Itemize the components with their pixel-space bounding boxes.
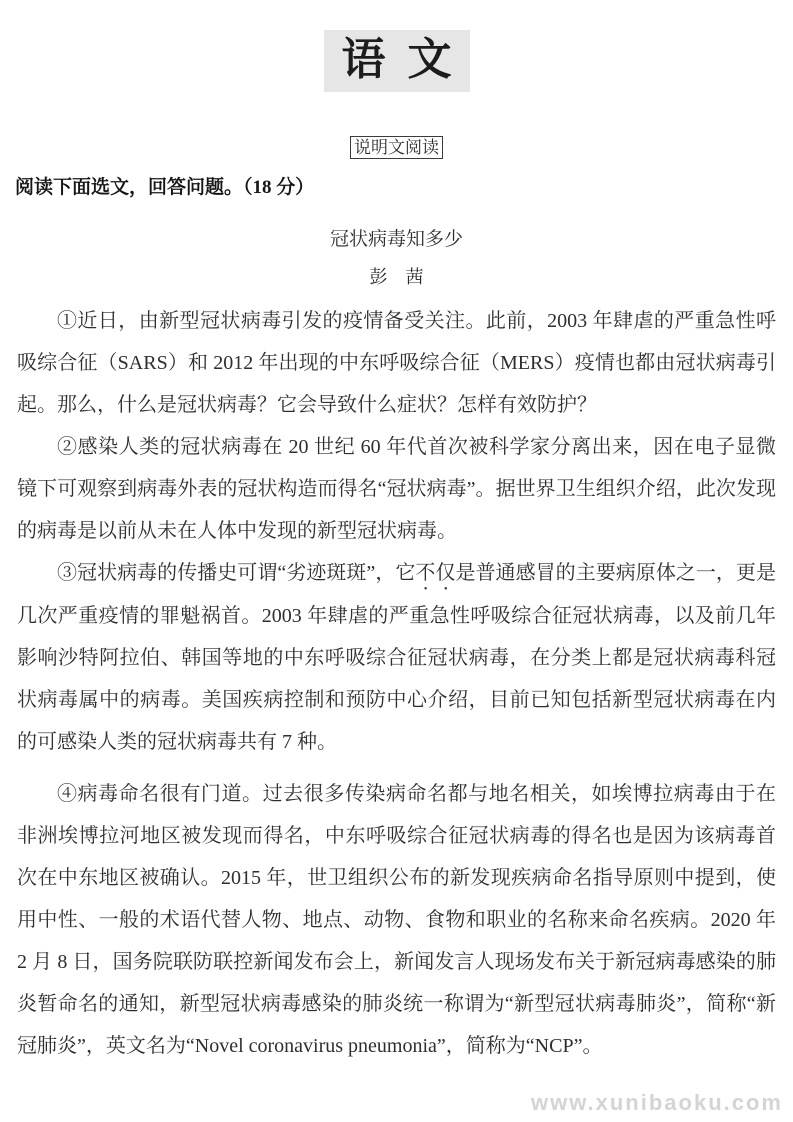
article-body: ①近日，由新型冠状病毒引发的疫情备受关注。此前，2003 年肆虐的严重急性呼吸综… — [0, 300, 793, 1067]
paragraph-3: ③冠状病毒的传播史可谓“劣迹斑斑”，它不仅是普通感冒的主要病原体之一，更是几次严… — [17, 552, 776, 763]
paragraph-3-text-rest: 是普通感冒的主要病原体之一，更是几次严重疫情的罪魁祸首。2003 年肆虐的严重急… — [17, 562, 776, 753]
instruction-line: 阅读下面选文，回答问题。（18 分） — [0, 175, 793, 201]
paragraph-2: ②感染人类的冠状病毒在 20 世纪 60 年代首次被科学家分离出来，因在电子显微… — [17, 426, 776, 552]
section-label-wrap: 说明文阅读 — [0, 136, 793, 159]
section-label: 说明文阅读 — [350, 136, 443, 159]
exam-page: 语 文 说明文阅读 阅读下面选文，回答问题。（18 分） 冠状病毒知多少 彭 茜… — [0, 0, 793, 1122]
paragraph-3-text-lead: ③冠状病毒的传播史可谓“劣迹斑斑”，它 — [57, 562, 415, 584]
paragraph-3-emphasized-word: 不仅 — [415, 562, 455, 584]
article-title: 冠状病毒知多少 — [0, 227, 793, 253]
doc-title: 语 文 — [324, 30, 470, 92]
paragraph-4-text: ④病毒命名很有门道。过去很多传染病命名都与地名相关，如埃博拉病毒由于在非洲埃博拉… — [17, 783, 776, 1057]
paragraph-2-text: ②感染人类的冠状病毒在 20 世纪 60 年代首次被科学家分离出来，因在电子显微… — [17, 436, 776, 542]
paragraph-4: ④病毒命名很有门道。过去很多传染病命名都与地名相关，如埃博拉病毒由于在非洲埃博拉… — [17, 773, 776, 1067]
paragraph-1: ①近日，由新型冠状病毒引发的疫情备受关注。此前，2003 年肆虐的严重急性呼吸综… — [17, 300, 776, 426]
watermark: www.xunibaoku.com — [531, 1090, 783, 1116]
paragraph-1-text: ①近日，由新型冠状病毒引发的疫情备受关注。此前，2003 年肆虐的严重急性呼吸综… — [17, 310, 776, 416]
article-author: 彭 茜 — [0, 265, 793, 290]
doc-title-wrap: 语 文 — [0, 0, 793, 92]
